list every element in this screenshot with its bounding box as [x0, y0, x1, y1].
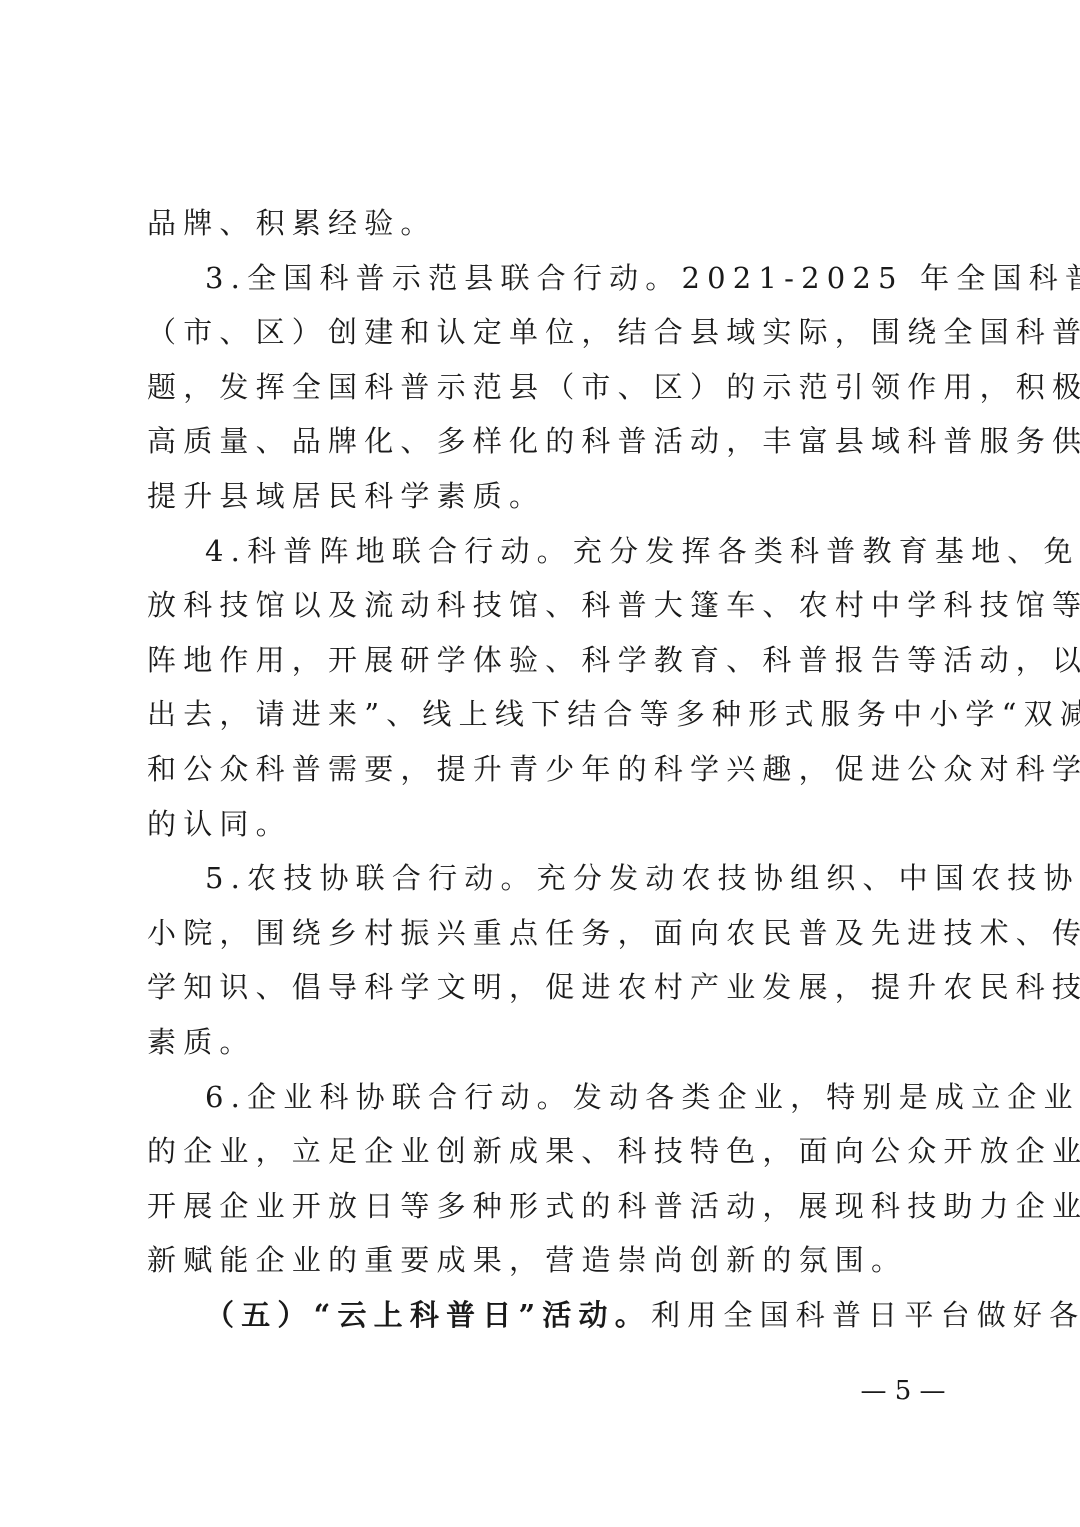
text-line: 品牌、积累经验。	[147, 196, 947, 251]
text-line: 开展企业开放日等多种形式的科普活动，展现科技助力企业、创	[147, 1179, 947, 1234]
text-line: 的认同。	[147, 797, 947, 852]
text-line: 阵地作用，开展研学体验、科学教育、科普报告等活动，以“走	[147, 633, 947, 688]
text-line: 高质量、品牌化、多样化的科普活动，丰富县域科普服务供给，	[147, 414, 947, 469]
paragraph-item-3: 3.全国科普示范县联合行动。2021-2025 年全国科普示范县 （市、区）创建…	[147, 251, 947, 524]
paragraph-item-4: 4.科普阵地联合行动。充分发挥各类科普教育基地、免费开 放科技馆以及流动科技馆、…	[147, 524, 947, 852]
paragraph-continued: 品牌、积累经验。	[147, 196, 947, 251]
text-line: 6.企业科协联合行动。发动各类企业，特别是成立企业科协	[147, 1070, 947, 1125]
text-line: 5.农技协联合行动。充分发动农技协组织、中国农技协科技	[147, 851, 947, 906]
page-number: — 5 —	[858, 1374, 948, 1408]
section-heading: （五）“云上科普日”活动。	[205, 1298, 651, 1332]
text-line: 3.全国科普示范县联合行动。2021-2025 年全国科普示范县	[147, 251, 947, 306]
text-line: （五）“云上科普日”活动。利用全国科普日平台做好各地	[147, 1288, 947, 1343]
text-line: 题，发挥全国科普示范县（市、区）的示范引领作用，积极打造	[147, 360, 947, 415]
text-line: 出去，请进来”、线上线下结合等多种形式服务中小学“双减”	[147, 687, 947, 742]
document-page: 品牌、积累经验。 3.全国科普示范县联合行动。2021-2025 年全国科普示范…	[147, 196, 947, 1342]
text-line: 的企业，立足企业创新成果、科技特色，面向公众开放企业场馆，	[147, 1124, 947, 1179]
text-line: 新赋能企业的重要成果，营造崇尚创新的氛围。	[147, 1233, 947, 1288]
text-line: 提升县域居民科学素质。	[147, 469, 947, 524]
text-line: 4.科普阵地联合行动。充分发挥各类科普教育基地、免费开	[147, 524, 947, 579]
text-line: 放科技馆以及流动科技馆、科普大篷车、农村中学科技馆等科普	[147, 578, 947, 633]
text-line: 学知识、倡导科学文明，促进农村产业发展，提升农民科技文化	[147, 960, 947, 1015]
paragraph-item-6: 6.企业科协联合行动。发动各类企业，特别是成立企业科协 的企业，立足企业创新成果…	[147, 1070, 947, 1288]
text-line: （市、区）创建和认定单位，结合县域实际，围绕全国科普日主	[147, 305, 947, 360]
text-line: 小院，围绕乡村振兴重点任务，面向农民普及先进技术、传播科	[147, 906, 947, 961]
paragraph-section-5: （五）“云上科普日”活动。利用全国科普日平台做好各地	[147, 1288, 947, 1343]
text-line: 素质。	[147, 1015, 947, 1070]
text-line: 和公众科普需要，提升青少年的科学兴趣，促进公众对科学价值	[147, 742, 947, 797]
section-text: 利用全国科普日平台做好各地	[651, 1298, 1080, 1332]
paragraph-item-5: 5.农技协联合行动。充分发动农技协组织、中国农技协科技 小院，围绕乡村振兴重点任…	[147, 851, 947, 1069]
